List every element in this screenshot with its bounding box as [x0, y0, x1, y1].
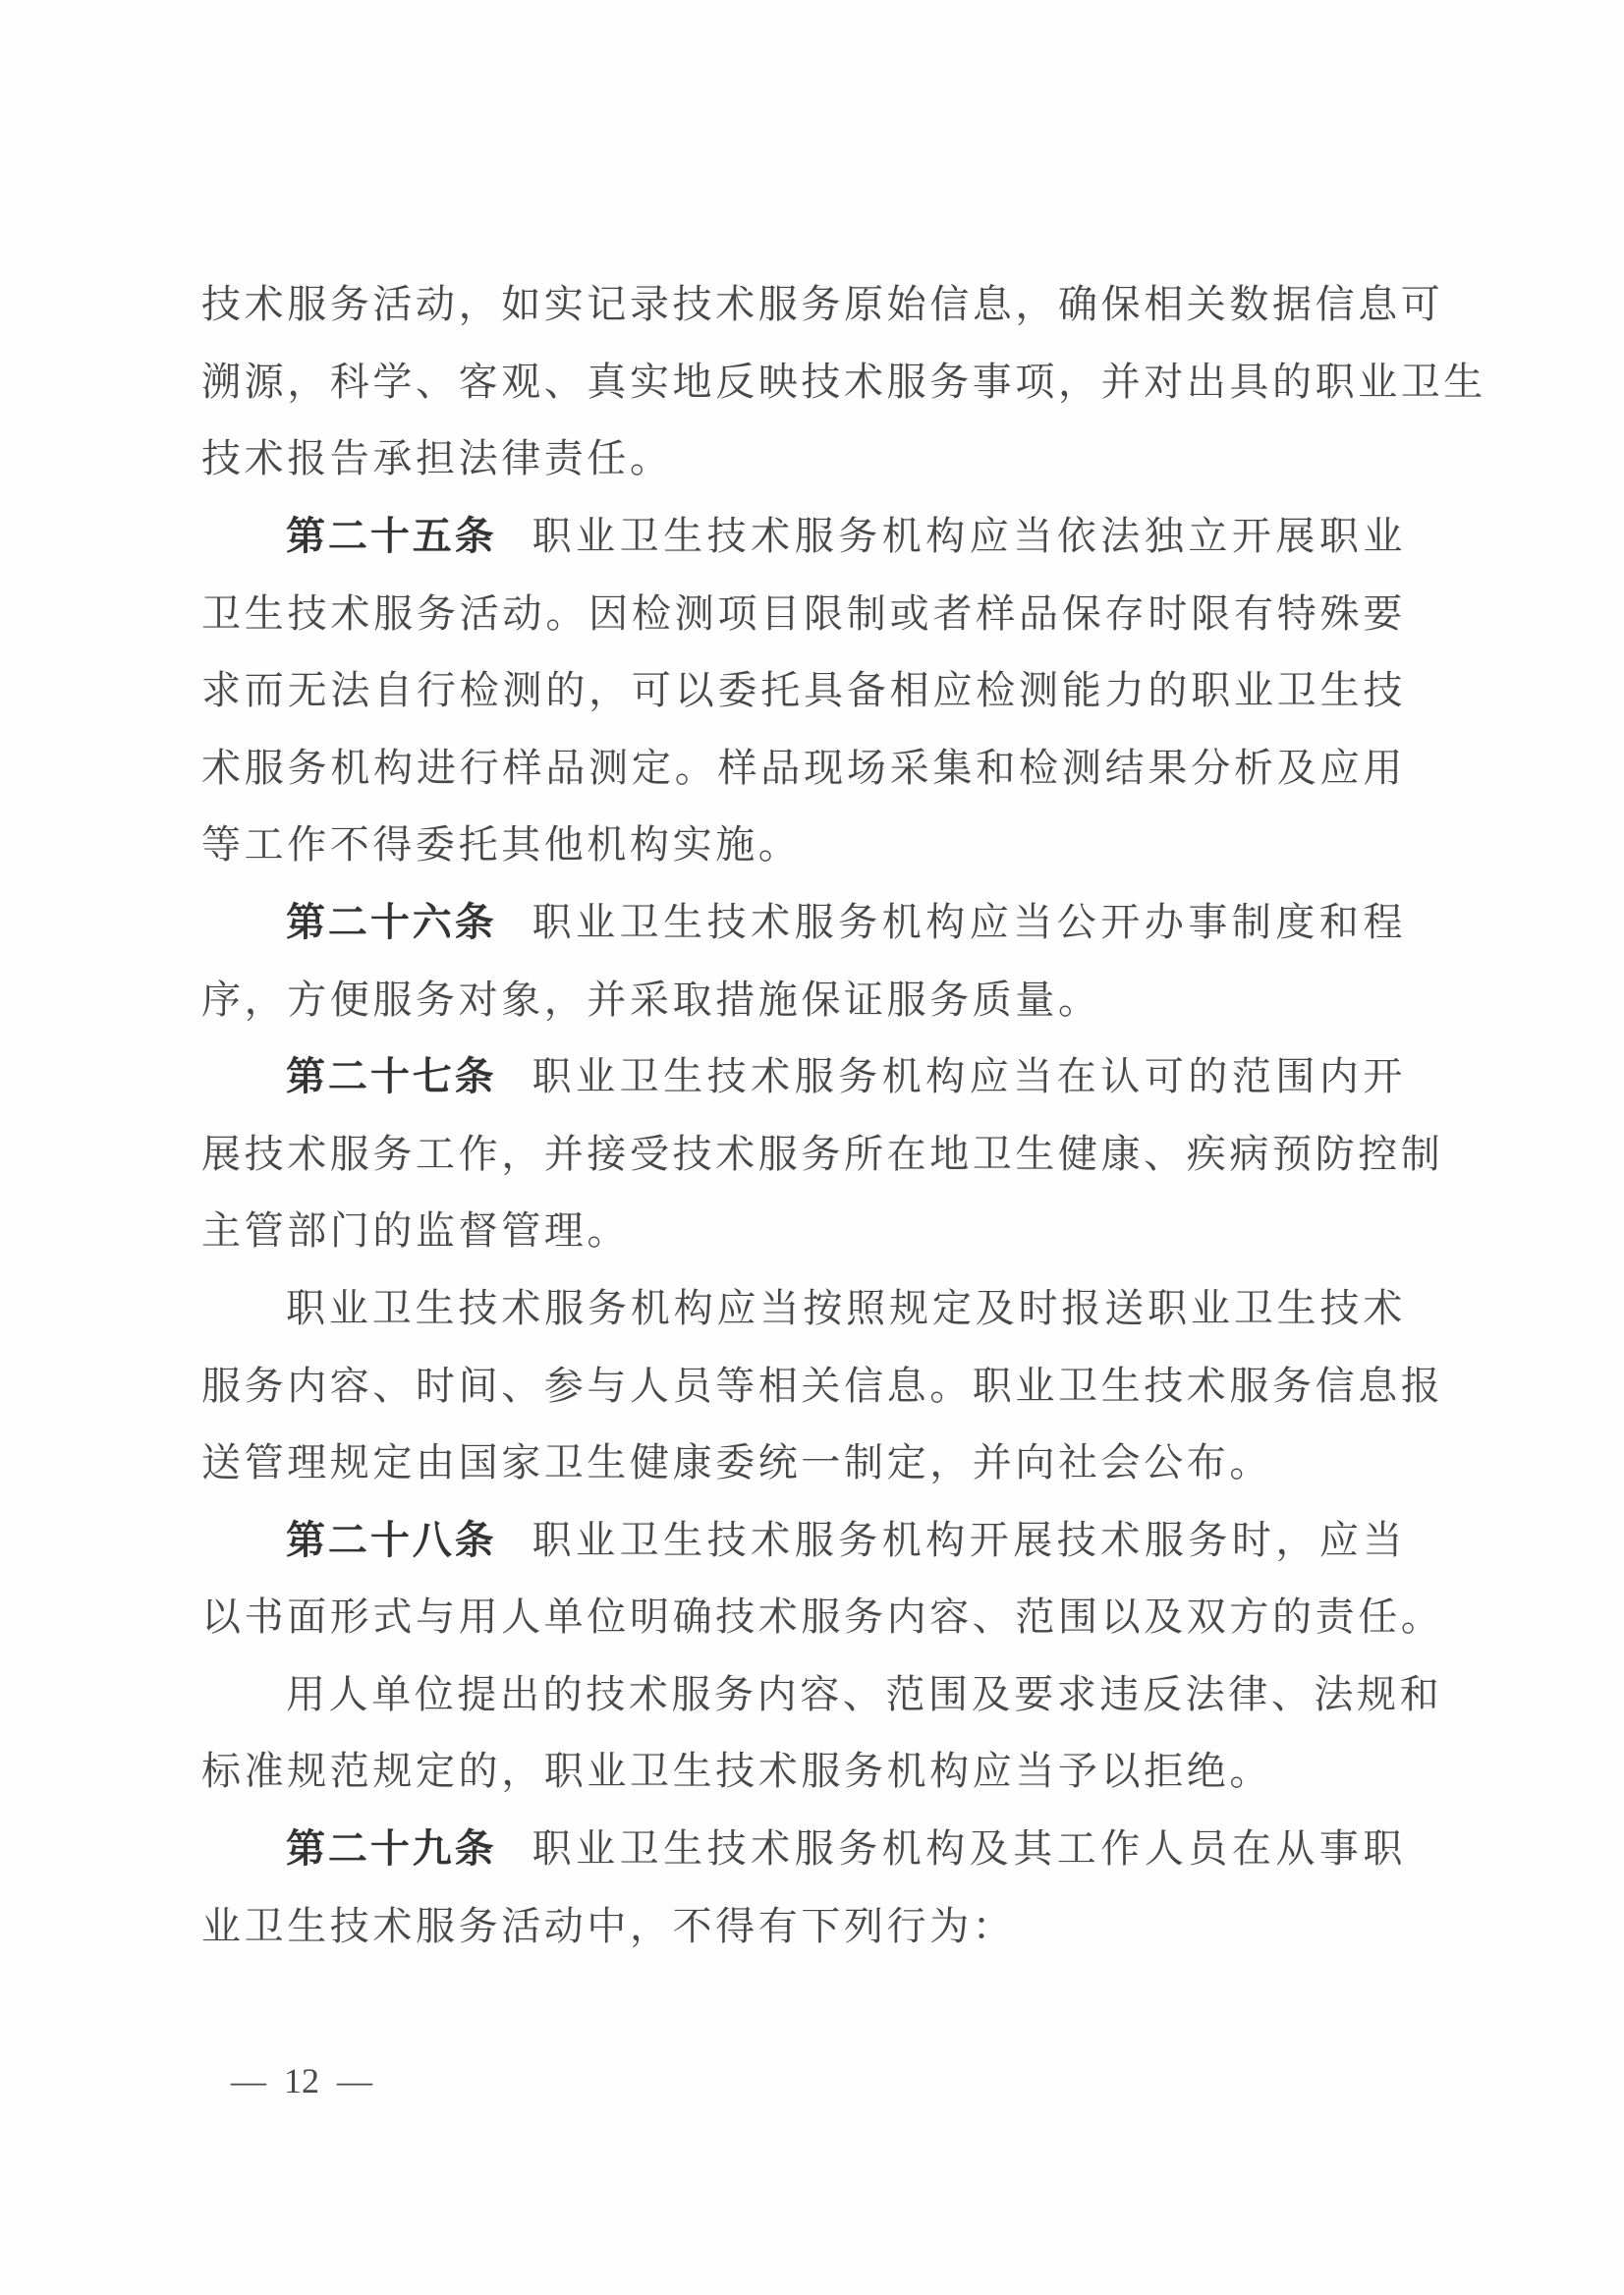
article-text: 职业卫生技术服务机构及其工作人员在从事职 — [532, 1826, 1406, 1872]
article-29-first-line: 第二十九条职业卫生技术服务机构及其工作人员在从事职 — [286, 1825, 1406, 1873]
body-text-line: 术服务机构进行样品测定。样品现场采集和检测结果分析及应用 — [201, 745, 1406, 792]
body-text-line: 卫生技术服务活动。因检测项目限制或者样品保存时限有特殊要 — [201, 590, 1406, 638]
article-text: 职业卫生技术服务机构开展技术服务时，应当 — [532, 1518, 1406, 1563]
body-text-line: 技术服务活动，如实记录技术服务原始信息，确保相关数据信息可 — [201, 281, 1406, 328]
document-page: 技术服务活动，如实记录技术服务原始信息，确保相关数据信息可 溯源，科学、客观、真… — [0, 0, 1624, 2295]
article-27-first-line: 第二十七条职业卫生技术服务机构应当在认可的范围内开 — [286, 1053, 1406, 1100]
article-heading: 第二十六条 — [286, 900, 497, 945]
paragraph-first-line: 职业卫生技术服务机构应当按照规定及时报送职业卫生技术 — [286, 1285, 1406, 1332]
body-text-line: 主管部门的监督管理。 — [201, 1207, 1406, 1255]
body-text-line: 标准规范规定的，职业卫生技术服务机构应当予以拒绝。 — [201, 1748, 1406, 1795]
body-text-line: 等工作不得委托其他机构实施。 — [201, 821, 1406, 868]
article-text: 职业卫生技术服务机构应当在认可的范围内开 — [532, 1054, 1406, 1099]
article-heading: 第二十九条 — [286, 1826, 497, 1872]
page-number: — 12 — — [231, 2061, 372, 2100]
body-text-line: 溯源，科学、客观、真实地反映技术服务事项，并对出具的职业卫生 — [201, 359, 1406, 406]
body-text-line: 业卫生技术服务活动中，不得有下列行为： — [201, 1903, 1406, 1950]
article-heading: 第二十五条 — [286, 514, 497, 559]
article-26-first-line: 第二十六条职业卫生技术服务机构应当公开办事制度和程 — [286, 899, 1406, 946]
article-25-first-line: 第二十五条职业卫生技术服务机构应当依法独立开展职业 — [286, 513, 1406, 560]
body-text-line: 送管理规定由国家卫生健康委统一制定，并向社会公布。 — [201, 1439, 1406, 1486]
article-text: 职业卫生技术服务机构应当依法独立开展职业 — [532, 514, 1406, 559]
article-heading: 第二十七条 — [286, 1054, 497, 1099]
body-text-line: 展技术服务工作，并接受技术服务所在地卫生健康、疾病预防控制 — [201, 1131, 1406, 1178]
article-28-first-line: 第二十八条职业卫生技术服务机构开展技术服务时，应当 — [286, 1517, 1406, 1564]
body-text-line: 服务内容、时间、参与人员等相关信息。职业卫生技术服务信息报 — [201, 1363, 1406, 1410]
paragraph-first-line: 用人单位提出的技术服务内容、范围及要求违反法律、法规和 — [286, 1671, 1406, 1718]
body-text-line: 技术报告承担法律责任。 — [201, 435, 1406, 482]
article-text: 职业卫生技术服务机构应当公开办事制度和程 — [532, 900, 1406, 945]
body-text-line: 求而无法自行检测的，可以委托具备相应检测能力的职业卫生技 — [201, 667, 1406, 714]
article-heading: 第二十八条 — [286, 1518, 497, 1563]
body-text-line: 以书面形式与用人单位明确技术服务内容、范围以及双方的责任。 — [201, 1594, 1406, 1641]
body-text-line: 序，方便服务对象，并采取措施保证服务质量。 — [201, 977, 1406, 1024]
